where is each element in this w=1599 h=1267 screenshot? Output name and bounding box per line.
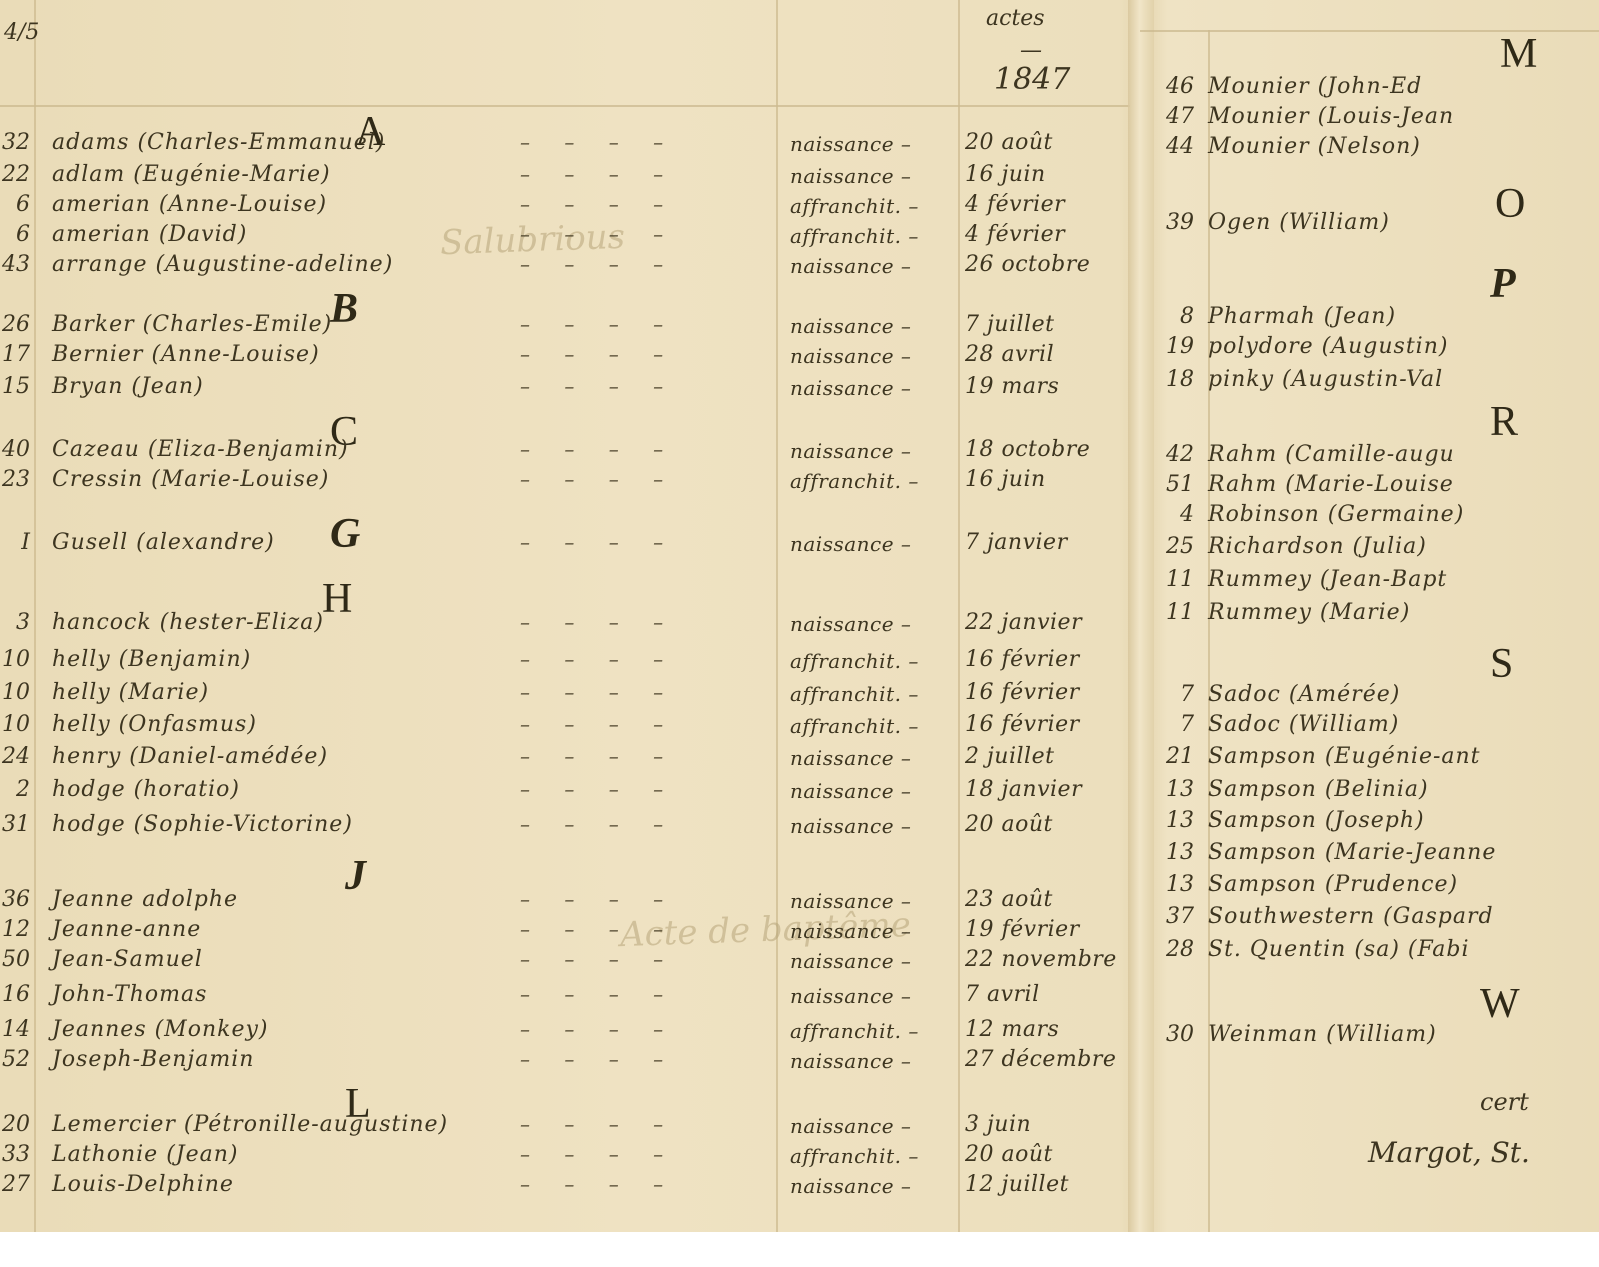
entry-name: polydore (Augustin)	[1208, 334, 1448, 359]
entry-number: 18	[1160, 367, 1194, 392]
entry-act-type: naissance –	[790, 1174, 911, 1198]
dash-filler: – – – –	[520, 467, 677, 491]
entry-act-type: naissance –	[790, 314, 911, 338]
entry-act-type: naissance –	[790, 779, 911, 803]
entry-number: 6	[0, 192, 30, 217]
entry-name: hodge (horatio)	[52, 777, 240, 802]
entry-name: Jean-Samuel	[52, 947, 203, 972]
entry-act-type: affranchit. –	[790, 194, 919, 218]
entry-act-type: naissance –	[790, 612, 911, 636]
entry-name: adlam (Eugénie-Marie)	[52, 162, 331, 187]
entry-date: 23 août	[965, 887, 1053, 912]
entry-number: 30	[1160, 1022, 1194, 1047]
column-rule-date	[958, 0, 960, 1232]
entry-name: Rahm (Marie-Louise	[1208, 472, 1454, 497]
entry-act-type: naissance –	[790, 984, 911, 1008]
entry-act-type: naissance –	[790, 164, 911, 188]
entry-date: 16 février	[965, 712, 1080, 737]
entry-act-type: naissance –	[790, 254, 911, 278]
entry-act-type: affranchit. –	[790, 714, 919, 738]
section-letter-b: B	[330, 285, 358, 333]
entry-name: helly (Benjamin)	[52, 647, 251, 672]
dash-filler: – – – –	[520, 1047, 677, 1071]
entry-date: 28 avril	[965, 342, 1054, 367]
entry-name: henry (Daniel-amédée)	[52, 744, 328, 769]
entry-name: amerian (David)	[52, 222, 247, 247]
entry-name: Robinson (Germaine)	[1208, 502, 1464, 527]
entry-number: 6	[0, 222, 30, 247]
entry-name: Sampson (Eugénie-ant	[1208, 744, 1481, 769]
entry-act-type: naissance –	[790, 376, 911, 400]
entry-number: 11	[1160, 600, 1194, 625]
entry-date: 2 juillet	[965, 744, 1054, 769]
entry-name: Gusell (alexandre)	[52, 530, 275, 555]
entry-name: Sadoc (William)	[1208, 712, 1399, 737]
entry-name: amerian (Anne-Louise)	[52, 192, 327, 217]
entry-date: 7 juillet	[965, 312, 1054, 337]
header-rule	[0, 105, 1130, 107]
entry-name: Jeanne adolphe	[52, 887, 238, 912]
dash-filler: – – – –	[520, 917, 677, 941]
entry-date: 19 février	[965, 917, 1080, 942]
entry-date: 3 juin	[965, 1112, 1031, 1137]
section-letter-g: G	[330, 510, 360, 558]
entry-name: Mounier (John-Ed	[1208, 74, 1422, 99]
section-letter-j: J	[345, 852, 366, 900]
entry-number: 24	[0, 744, 30, 769]
entry-act-type: naissance –	[790, 439, 911, 463]
entry-number: 10	[0, 680, 30, 705]
entry-act-type: affranchit. –	[790, 649, 919, 673]
entry-name: hodge (Sophie-Victorine)	[52, 812, 353, 837]
entry-name: helly (Marie)	[52, 680, 209, 705]
entry-number: 2	[0, 777, 30, 802]
entry-number: 4	[1160, 502, 1194, 527]
margin-rule	[34, 0, 36, 1232]
entry-date: 18 janvier	[965, 777, 1082, 802]
section-letter-p: P	[1490, 260, 1516, 308]
entry-name: St. Quentin (sa) (Fabi	[1208, 937, 1470, 962]
entry-number: 22	[0, 162, 30, 187]
entry-name: hancock (hester-Eliza)	[52, 610, 324, 635]
entry-name: Sampson (Belinia)	[1208, 777, 1429, 802]
dash-filler: – – – –	[520, 1172, 677, 1196]
entry-date: 26 octobre	[965, 252, 1090, 277]
entry-act-type: naissance –	[790, 919, 911, 943]
entry-name: adams (Charles-Emmanuel)	[52, 130, 385, 155]
entry-act-type: naissance –	[790, 949, 911, 973]
entry-date: 4 février	[965, 222, 1065, 247]
section-letter-s: S	[1490, 640, 1513, 688]
entry-number: 16	[0, 982, 30, 1007]
section-letter-o: O	[1495, 180, 1525, 228]
entry-number: 40	[0, 437, 30, 462]
entry-date: 20 août	[965, 130, 1053, 155]
entry-name: Jeannes (Monkey)	[52, 1017, 268, 1042]
entry-act-type: naissance –	[790, 1049, 911, 1073]
entry-number: 39	[1160, 210, 1194, 235]
entry-date: 7 avril	[965, 982, 1040, 1007]
dash-filler: – – – –	[520, 712, 677, 736]
entry-date: 27 décembre	[965, 1047, 1116, 1072]
entry-name: Lemercier (Pétronille-augustine)	[52, 1112, 448, 1137]
dash-filler: – – – –	[520, 530, 677, 554]
entry-name: Sampson (Joseph)	[1208, 808, 1425, 833]
entry-act-type: naissance –	[790, 746, 911, 770]
dash-filler: – – – –	[520, 162, 677, 186]
entry-act-type: naissance –	[790, 1114, 911, 1138]
entry-name: Southwestern (Gaspard	[1208, 904, 1494, 929]
entry-number: I	[0, 530, 30, 555]
entry-number: 8	[1160, 304, 1194, 329]
column-label: actes	[986, 6, 1045, 31]
entry-act-type: affranchit. –	[790, 224, 919, 248]
entry-name: Joseph-Benjamin	[52, 1047, 254, 1072]
entry-date: 7 janvier	[965, 530, 1068, 555]
entry-date: 18 octobre	[965, 437, 1090, 462]
entry-number: 13	[1160, 808, 1194, 833]
entry-name: Sadoc (Amérée)	[1208, 682, 1400, 707]
entry-name: Mounier (Louis-Jean	[1208, 104, 1454, 129]
entry-act-type: affranchit. –	[790, 1144, 919, 1168]
entry-name: Cressin (Marie-Louise)	[52, 467, 329, 492]
entry-number: 43	[0, 252, 30, 277]
entry-number: 26	[0, 312, 30, 337]
entry-date: 12 juillet	[965, 1172, 1069, 1197]
entry-number: 10	[0, 647, 30, 672]
entry-name: Rummey (Jean-Bapt	[1208, 567, 1447, 592]
entry-number: 28	[1160, 937, 1194, 962]
entry-name: Sampson (Marie-Jeanne	[1208, 840, 1496, 865]
entry-name: Richardson (Julia)	[1208, 534, 1427, 559]
dash-filler: – – – –	[520, 222, 677, 246]
entry-number: 14	[0, 1017, 30, 1042]
entry-date: 4 février	[965, 192, 1065, 217]
entry-act-type: affranchit. –	[790, 682, 919, 706]
dash-filler: – – – –	[520, 1112, 677, 1136]
entry-number: 19	[1160, 334, 1194, 359]
entry-date: 20 août	[965, 812, 1053, 837]
entry-name: Ogen (William)	[1208, 210, 1390, 235]
entry-number: 42	[1160, 442, 1194, 467]
entry-name: Barker (Charles-Emile)	[52, 312, 332, 337]
entry-act-type: naissance –	[790, 132, 911, 156]
entry-name: Cazeau (Eliza-Benjamin)	[52, 437, 349, 462]
entry-number: 37	[1160, 904, 1194, 929]
dash-filler: – – – –	[520, 647, 677, 671]
dash-filler: – – – –	[520, 1142, 677, 1166]
section-letter-m: M	[1500, 30, 1537, 78]
signature-line-2: Margot, St.	[1368, 1136, 1530, 1169]
entry-number: 23	[0, 467, 30, 492]
entry-number: 3	[0, 610, 30, 635]
entry-name: arrange (Augustine-adeline)	[52, 252, 393, 277]
entry-number: 31	[0, 812, 30, 837]
entry-number: 13	[1160, 872, 1194, 897]
entry-date: 22 janvier	[965, 610, 1082, 635]
entry-name: Rummey (Marie)	[1208, 600, 1410, 625]
entry-date: 12 mars	[965, 1017, 1059, 1042]
entry-number: 13	[1160, 840, 1194, 865]
entry-name: John-Thomas	[52, 982, 207, 1007]
entry-date: 16 février	[965, 680, 1080, 705]
entry-date: 20 août	[965, 1142, 1053, 1167]
dash-filler: – – – –	[520, 744, 677, 768]
entry-number: 36	[0, 887, 30, 912]
entry-number: 7	[1160, 682, 1194, 707]
entry-number: 44	[1160, 134, 1194, 159]
header-dash: —	[1020, 38, 1042, 63]
entry-number: 27	[0, 1172, 30, 1197]
entry-date: 16 février	[965, 647, 1080, 672]
entry-name: Sampson (Prudence)	[1208, 872, 1458, 897]
entry-date: 22 novembre	[965, 947, 1117, 972]
left-page: 4/5 actes — 1847 Salubrious Acte de bapt…	[0, 0, 1130, 1232]
entry-number: 51	[1160, 472, 1194, 497]
entry-number: 7	[1160, 712, 1194, 737]
entry-name: Bernier (Anne-Louise)	[52, 342, 320, 367]
dash-filler: – – – –	[520, 887, 677, 911]
dash-filler: – – – –	[520, 342, 677, 366]
dash-filler: – – – –	[520, 130, 677, 154]
entry-name: Weinman (William)	[1208, 1022, 1437, 1047]
entry-name: Jeanne-anne	[52, 917, 201, 942]
entry-number: 32	[0, 130, 30, 155]
entry-act-type: naissance –	[790, 344, 911, 368]
entry-number: 10	[0, 712, 30, 737]
manuscript-spread: 4/5 actes — 1847 Salubrious Acte de bapt…	[0, 0, 1599, 1232]
entry-name: Mounier (Nelson)	[1208, 134, 1421, 159]
dash-filler: – – – –	[520, 777, 677, 801]
dash-filler: – – – –	[520, 192, 677, 216]
year: 1847	[994, 62, 1070, 97]
dash-filler: – – – –	[520, 610, 677, 634]
entry-name: Bryan (Jean)	[52, 374, 204, 399]
entry-name: Rahm (Camille-augu	[1208, 442, 1455, 467]
dash-filler: – – – –	[520, 374, 677, 398]
dash-filler: – – – –	[520, 1017, 677, 1041]
dash-filler: – – – –	[520, 812, 677, 836]
dash-filler: – – – –	[520, 437, 677, 461]
entry-act-type: naissance –	[790, 889, 911, 913]
entry-act-type: affranchit. –	[790, 1019, 919, 1043]
entry-name: Louis-Delphine	[52, 1172, 234, 1197]
entry-number: 21	[1160, 744, 1194, 769]
section-letter-h: H	[322, 575, 352, 623]
entry-number: 11	[1160, 567, 1194, 592]
right-page: M46Mounier (John-Ed47Mounier (Louis-Jean…	[1140, 0, 1599, 1232]
entry-date: 19 mars	[965, 374, 1059, 399]
entry-number: 15	[0, 374, 30, 399]
entry-number: 33	[0, 1142, 30, 1167]
entry-number: 52	[0, 1047, 30, 1072]
entry-act-type: affranchit. –	[790, 469, 919, 493]
entry-number: 46	[1160, 74, 1194, 99]
entry-name: pinky (Augustin-Val	[1208, 367, 1443, 392]
signature-line-1: cert	[1480, 1088, 1529, 1116]
entry-act-type: naissance –	[790, 814, 911, 838]
entry-act-type: naissance –	[790, 532, 911, 556]
dash-filler: – – – –	[520, 312, 677, 336]
entry-number: 12	[0, 917, 30, 942]
entry-name: Pharmah (Jean)	[1208, 304, 1396, 329]
entry-date: 16 juin	[965, 162, 1046, 187]
entry-number: 47	[1160, 104, 1194, 129]
section-letter-w: W	[1480, 980, 1520, 1028]
entry-name: helly (Onfasmus)	[52, 712, 257, 737]
entry-name: Lathonie (Jean)	[52, 1142, 239, 1167]
dash-filler: – – – –	[520, 252, 677, 276]
dash-filler: – – – –	[520, 680, 677, 704]
entry-number: 25	[1160, 534, 1194, 559]
top-left-mark: 4/5	[4, 20, 39, 45]
entry-number: 13	[1160, 777, 1194, 802]
dash-filler: – – – –	[520, 982, 677, 1006]
dash-filler: – – – –	[520, 947, 677, 971]
entry-number: 50	[0, 947, 30, 972]
column-rule-type	[776, 0, 778, 1232]
entry-number: 17	[0, 342, 30, 367]
entry-date: 16 juin	[965, 467, 1046, 492]
image-bottom-border	[0, 1232, 1599, 1267]
section-letter-r: R	[1490, 398, 1518, 446]
entry-number: 20	[0, 1112, 30, 1137]
